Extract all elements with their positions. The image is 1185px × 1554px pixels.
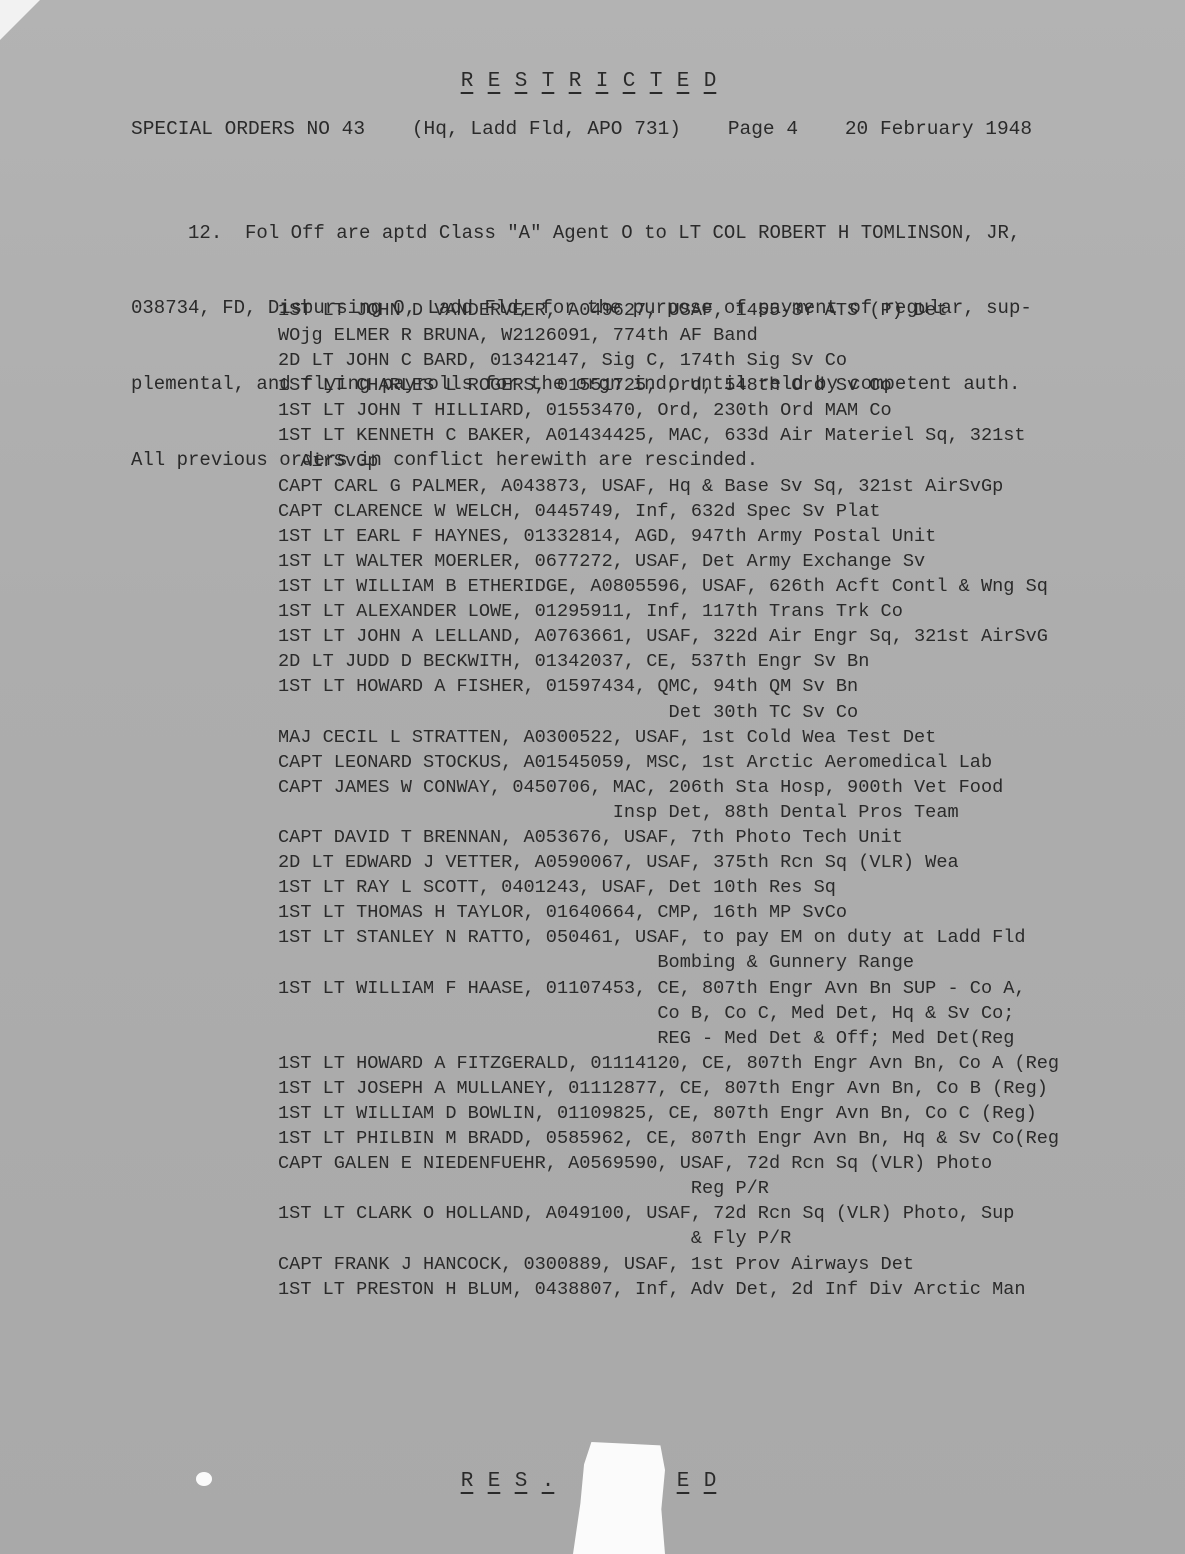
page-number: Page 4 <box>728 118 798 140</box>
roster-entry-line: CAPT FRANK J HANCOCK, 0300889, USAF, 1st… <box>278 1252 1158 1277</box>
roster-entry-line: 1ST LT THOMAS H TAYLOR, 01640664, CMP, 1… <box>278 900 1158 925</box>
roster-entry-line: CAPT GALEN E NIEDENFUEHR, A0569590, USAF… <box>278 1151 1158 1176</box>
roster-entry: 1ST LT HOWARD A FISHER, 01597434, QMC, 9… <box>278 674 1158 724</box>
roster-entry-line: 2D LT JUDD D BECKWITH, 01342037, CE, 537… <box>278 649 1158 674</box>
torn-paper-hole <box>573 1442 665 1554</box>
order-number: SPECIAL ORDERS NO 43 <box>131 118 365 140</box>
roster-entry: 1ST LT ALEXANDER LOWE, 01295911, Inf, 11… <box>278 599 1158 624</box>
roster-entry: CAPT LEONARD STOCKUS, A01545059, MSC, 1s… <box>278 750 1158 775</box>
roster-entry-continuation: Co B, Co C, Med Det, Hq & Sv Co; <box>278 1001 1158 1026</box>
roster-entry: CAPT FRANK J HANCOCK, 0300889, USAF, 1st… <box>278 1252 1158 1277</box>
roster-entry: 1ST LT PHILBIN M BRADD, 0585962, CE, 807… <box>278 1126 1158 1151</box>
roster-entry-continuation: & Fly P/R <box>278 1226 1158 1251</box>
roster-entry-line: WOjg ELMER R BRUNA, W2126091, 774th AF B… <box>278 323 1158 348</box>
roster-entry: CAPT GALEN E NIEDENFUEHR, A0569590, USAF… <box>278 1151 1158 1201</box>
roster-entry-line: CAPT CLARENCE W WELCH, 0445749, Inf, 632… <box>278 499 1158 524</box>
roster-entry-line: 2D LT EDWARD J VETTER, A0590067, USAF, 3… <box>278 850 1158 875</box>
roster-entry: CAPT DAVID T BRENNAN, A053676, USAF, 7th… <box>278 825 1158 850</box>
roster-entry-line: 1ST LT WILLIAM F HAASE, 01107453, CE, 80… <box>278 976 1158 1001</box>
roster-entry: 2D LT JOHN C BARD, 01342147, Sig C, 174t… <box>278 348 1158 373</box>
order-unit: (Hq, Ladd Fld, APO 731) <box>412 118 681 140</box>
roster-entry-line: CAPT JAMES W CONWAY, 0450706, MAC, 206th… <box>278 775 1158 800</box>
roster-entry-continuation: Insp Det, 88th Dental Pros Team <box>278 800 1158 825</box>
paragraph-line: 12. Fol Off are aptd Class "A" Agent O t… <box>131 221 1116 246</box>
roster-entry-line: CAPT CARL G PALMER, A043873, USAF, Hq & … <box>278 474 1158 499</box>
roster-entry: 1ST LT JOHN A LELLAND, A0763661, USAF, 3… <box>278 624 1158 649</box>
roster-entry-continuation: Det 30th TC Sv Co <box>278 700 1158 725</box>
roster-entry-line: 1ST LT EARL F HAYNES, 01332814, AGD, 947… <box>278 524 1158 549</box>
roster-entry-line: 1ST LT RAY L SCOTT, 0401243, USAF, Det 1… <box>278 875 1158 900</box>
roster-entry-line: 1ST LT WILLIAM B ETHERIDGE, A0805596, US… <box>278 574 1158 599</box>
roster-entry-continuation: AirSvGp <box>278 449 1158 474</box>
roster-entry-line: 1ST LT ALEXANDER LOWE, 01295911, Inf, 11… <box>278 599 1158 624</box>
roster-entry: 1ST LT THOMAS H TAYLOR, 01640664, CMP, 1… <box>278 900 1158 925</box>
roster-entry: 1ST LT HOWARD A FITZGERALD, 01114120, CE… <box>278 1051 1158 1076</box>
roster-entry: 1ST LT PRESTON H BLUM, 0438807, Inf, Adv… <box>278 1277 1158 1302</box>
roster-entry: 1ST LT WILLIAM F HAASE, 01107453, CE, 80… <box>278 976 1158 1051</box>
roster-entry: 1ST LT JOSEPH A MULLANEY, 01112877, CE, … <box>278 1076 1158 1101</box>
roster-entry-line: 1ST LT PHILBIN M BRADD, 0585962, CE, 807… <box>278 1126 1158 1151</box>
roster-entry-line: 1ST LT KENNETH C BAKER, A01434425, MAC, … <box>278 423 1158 448</box>
roster-entry-line: 1ST LT CLARK O HOLLAND, A049100, USAF, 7… <box>278 1201 1158 1226</box>
paper-corner <box>0 0 40 40</box>
roster-entry: 1ST LT EARL F HAYNES, 01332814, AGD, 947… <box>278 524 1158 549</box>
roster-entry: CAPT CLARENCE W WELCH, 0445749, Inf, 632… <box>278 499 1158 524</box>
roster-entry: 1ST LT CHARLES L ROGERS, 01551725, Ord, … <box>278 373 1158 398</box>
roster-entry-line: 1ST LT JOHN T HILLIARD, 01553470, Ord, 2… <box>278 398 1158 423</box>
roster-entry: 1ST LT RAY L SCOTT, 0401243, USAF, Det 1… <box>278 875 1158 900</box>
roster-entry-line: 1ST LT JOHN A LELLAND, A0763661, USAF, 3… <box>278 624 1158 649</box>
roster-entry: 2D LT EDWARD J VETTER, A0590067, USAF, 3… <box>278 850 1158 875</box>
officer-roster: 1ST LT JOHN D VANDERVEER, A049627, USAF,… <box>278 298 1158 1302</box>
roster-entry-line: 1ST LT JOSEPH A MULLANEY, 01112877, CE, … <box>278 1076 1158 1101</box>
order-date: 20 February 1948 <box>845 118 1032 140</box>
roster-entry: CAPT JAMES W CONWAY, 0450706, MAC, 206th… <box>278 775 1158 825</box>
roster-entry-line: 1ST LT HOWARD A FISHER, 01597434, QMC, 9… <box>278 674 1158 699</box>
order-header: SPECIAL ORDERS NO 43 (Hq, Ladd Fld, APO … <box>131 118 1032 140</box>
roster-entry: 1ST LT WILLIAM B ETHERIDGE, A0805596, US… <box>278 574 1158 599</box>
roster-entry-line: 2D LT JOHN C BARD, 01342147, Sig C, 174t… <box>278 348 1158 373</box>
paper-damage-speck <box>196 1472 212 1486</box>
roster-entry: 1ST LT KENNETH C BAKER, A01434425, MAC, … <box>278 423 1158 473</box>
roster-entry: 1ST LT STANLEY N RATTO, 050461, USAF, to… <box>278 925 1158 975</box>
roster-entry: 1ST LT WILLIAM D BOWLIN, 01109825, CE, 8… <box>278 1101 1158 1126</box>
document-page: RESTRICTED SPECIAL ORDERS NO 43 (Hq, Lad… <box>0 0 1185 1554</box>
roster-entry-line: 1ST LT PRESTON H BLUM, 0438807, Inf, Adv… <box>278 1277 1158 1302</box>
roster-entry-line: 1ST LT WILLIAM D BOWLIN, 01109825, CE, 8… <box>278 1101 1158 1126</box>
roster-entry-line: 1ST LT JOHN D VANDERVEER, A049627, USAF,… <box>278 298 1158 323</box>
roster-entry-line: 1ST LT WALTER MOERLER, 0677272, USAF, De… <box>278 549 1158 574</box>
roster-entry-line: 1ST LT STANLEY N RATTO, 050461, USAF, to… <box>278 925 1158 950</box>
roster-entry-continuation: Bombing & Gunnery Range <box>278 950 1158 975</box>
classification-header: RESTRICTED <box>0 70 1185 93</box>
roster-entry: 2D LT JUDD D BECKWITH, 01342037, CE, 537… <box>278 649 1158 674</box>
roster-entry: CAPT CARL G PALMER, A043873, USAF, Hq & … <box>278 474 1158 499</box>
roster-entry: WOjg ELMER R BRUNA, W2126091, 774th AF B… <box>278 323 1158 348</box>
roster-entry-continuation: REG - Med Det & Off; Med Det(Reg <box>278 1026 1158 1051</box>
roster-entry: MAJ CECIL L STRATTEN, A0300522, USAF, 1s… <box>278 725 1158 750</box>
roster-entry: 1ST LT JOHN T HILLIARD, 01553470, Ord, 2… <box>278 398 1158 423</box>
roster-entry: 1ST LT JOHN D VANDERVEER, A049627, USAF,… <box>278 298 1158 323</box>
roster-entry-line: CAPT DAVID T BRENNAN, A053676, USAF, 7th… <box>278 825 1158 850</box>
roster-entry: 1ST LT WALTER MOERLER, 0677272, USAF, De… <box>278 549 1158 574</box>
roster-entry: 1ST LT CLARK O HOLLAND, A049100, USAF, 7… <box>278 1201 1158 1251</box>
roster-entry-line: 1ST LT CHARLES L ROGERS, 01551725, Ord, … <box>278 373 1158 398</box>
roster-entry-continuation: Reg P/R <box>278 1176 1158 1201</box>
roster-entry-line: MAJ CECIL L STRATTEN, A0300522, USAF, 1s… <box>278 725 1158 750</box>
roster-entry-line: 1ST LT HOWARD A FITZGERALD, 01114120, CE… <box>278 1051 1158 1076</box>
roster-entry-line: CAPT LEONARD STOCKUS, A01545059, MSC, 1s… <box>278 750 1158 775</box>
